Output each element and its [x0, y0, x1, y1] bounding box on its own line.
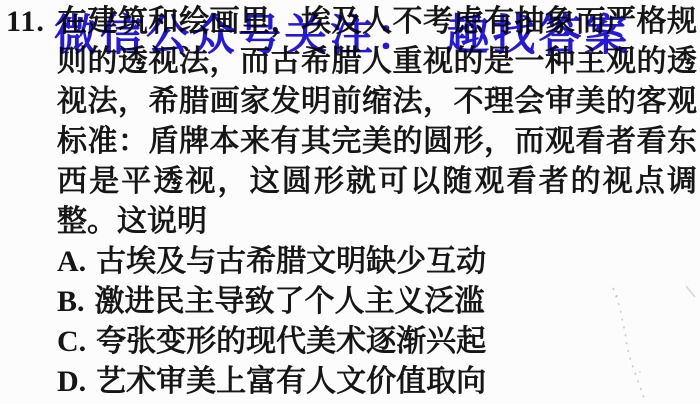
option-a-text: 古埃及与古希腊文明缺少互动: [96, 245, 486, 278]
question-line: 西是平透视，这圆形就可以随观看者的视点调: [57, 162, 697, 202]
option-d-text: 艺术审美上富有人文价值取向: [96, 365, 486, 398]
question-line-last: 整。这说明: [57, 202, 697, 242]
option-b-label: B.: [57, 282, 85, 322]
option-b: B.激进民主导致了个人主义泛滥: [57, 282, 697, 322]
option-a-label: A.: [57, 242, 86, 282]
option-a: A.古埃及与古希腊文明缺少互动: [57, 242, 697, 282]
option-d-label: D.: [57, 362, 86, 402]
question-number: 11.: [6, 2, 45, 42]
option-d: D.艺术审美上富有人文价值取向: [57, 362, 697, 402]
question-body: 在建筑和绘画里，埃及人不考虑有抽象而严格规 则的透视法，而古希腊人重视的是一种主…: [57, 2, 697, 402]
exam-question: 11. 在建筑和绘画里，埃及人不考虑有抽象而严格规 则的透视法，而古希腊人重视的…: [0, 2, 700, 402]
question-line: 视法，希腊画家发明前缩法，不理会审美的客观: [57, 82, 697, 122]
option-c: C.夸张变形的现代美术逐渐兴起: [57, 322, 697, 362]
watermark-text: 微信公众号关注： 趣找答案: [54, 13, 631, 60]
question-line: 标准：盾牌本来有其完美的圆形，而观看者看东: [57, 122, 697, 162]
option-b-text: 激进民主导致了个人主义泛滥: [95, 285, 485, 318]
option-c-label: C.: [57, 322, 86, 362]
option-c-text: 夸张变形的现代美术逐渐兴起: [96, 325, 486, 358]
